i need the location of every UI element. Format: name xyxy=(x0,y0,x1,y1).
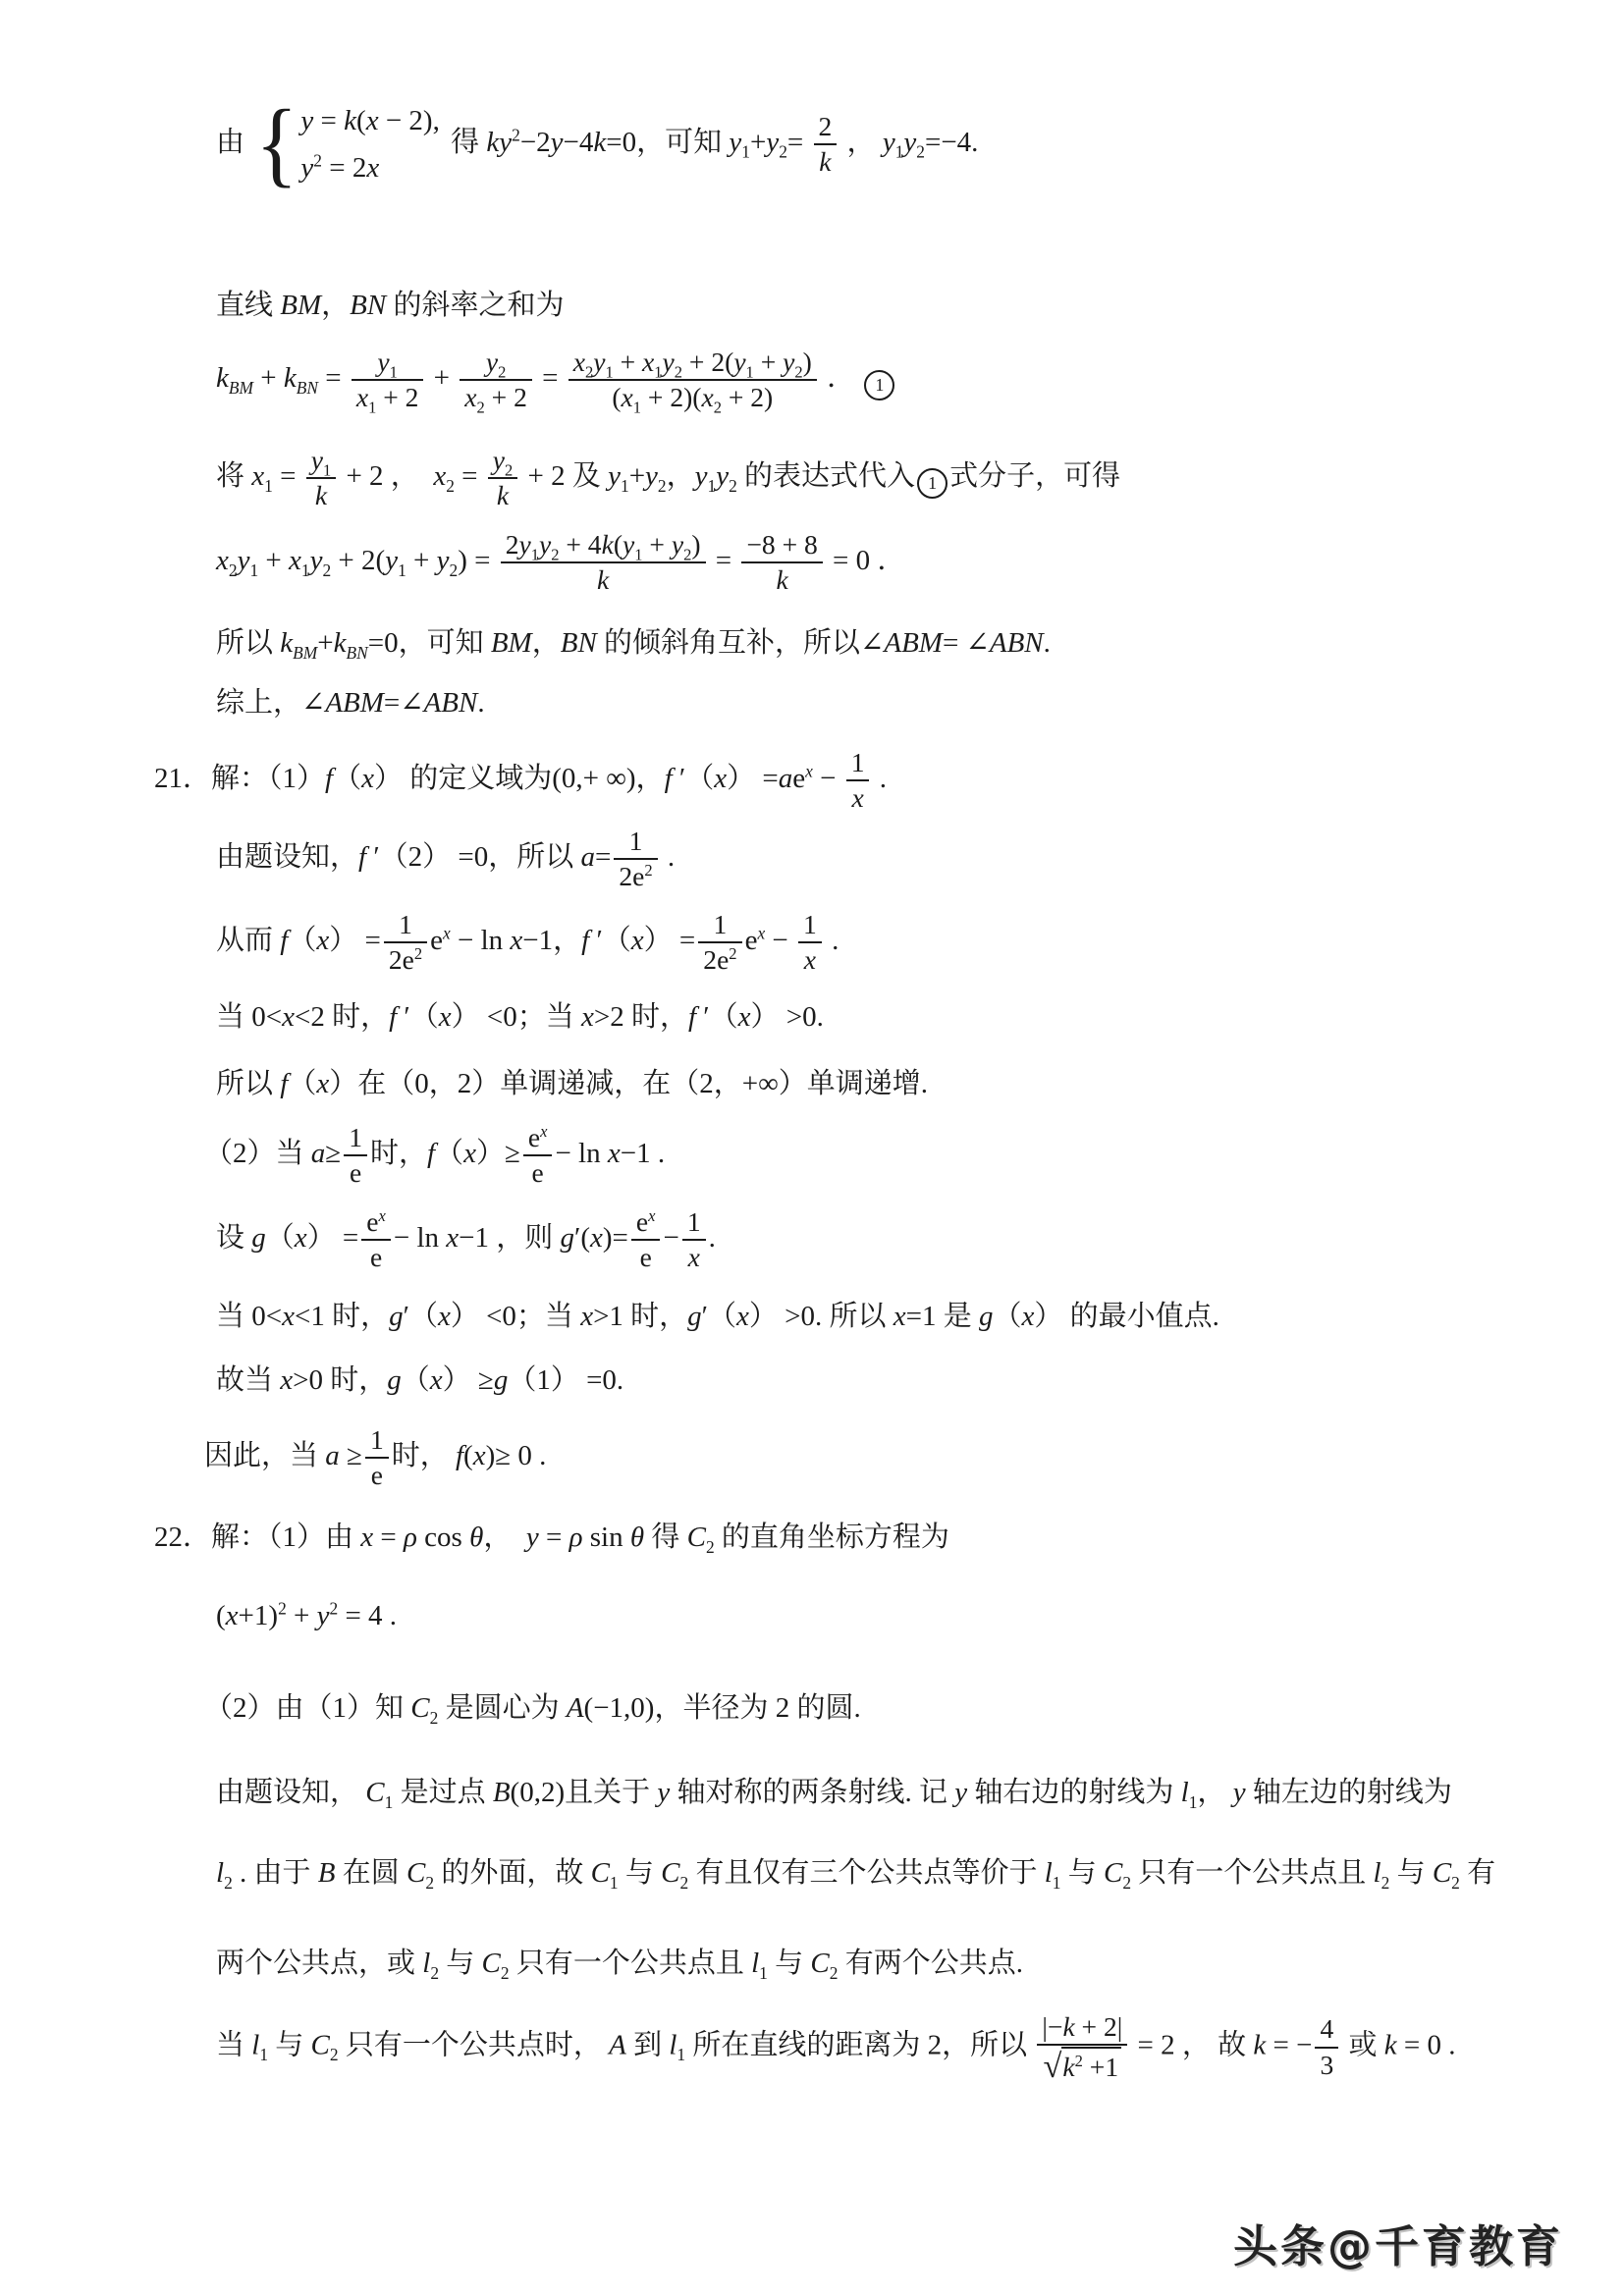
line-slopes-sum-zero: 所以 kBM+kBN=0，可知 BM，BN 的倾斜角互补，所以∠ABM= ∠AB… xyxy=(216,625,1051,661)
fraction: 2y1y2 + 4k(y1 + y2)k xyxy=(501,528,706,598)
line-q21-part2-inequality: （2）当 a≥1e时，f（x）≥exe− ln x−1 . xyxy=(204,1121,665,1191)
document-page: 由 {y = k(x − 2),y2 = 2x 得 ky2−2y−4k=0，可知… xyxy=(0,0,1624,2296)
line-q21-monotonic-conclusion: 所以 f（x）在（0，2）单调递减，在（2，+∞）单调递增. xyxy=(216,1066,928,1101)
line-q22-three-points-cond1: l2 . 由于 B 在圆 C2 的外面，故 C1 与 C2 有且仅有三个公共点等… xyxy=(216,1855,1495,1891)
equation-system: {y = k(x − 2),y2 = 2x xyxy=(255,103,440,187)
fraction: 12e2 xyxy=(698,908,741,978)
line-q21-g-min-point: 当 0<x<1 时，g′（x） <0；当 x>1 时，g′（x） >0. 所以 … xyxy=(216,1299,1219,1334)
fraction: x2y1 + x1y2 + 2(y1 + y2)(x1 + 2)(x2 + 2) xyxy=(568,346,817,415)
circled-number: 1 xyxy=(917,468,947,499)
fraction: exe xyxy=(631,1205,661,1275)
fraction: exe xyxy=(523,1121,553,1191)
line-q21-g-nonneg: 故当 x>0 时，g（x） ≥g（1） =0. xyxy=(216,1362,623,1398)
line-q21-final: 因此，当 a ≥1e时， f(x)≥ 0 . xyxy=(204,1423,546,1493)
line-q21-part1-domain: 21．解：（1）f（x） 的定义域为(0,+ ∞)，f ′（x） =aex − … xyxy=(154,746,887,816)
line-q22-tangent-case: 当 l1 与 C2 只有一个公共点时， A 到 l1 所在直线的距离为 2，所以… xyxy=(216,2010,1456,2084)
line-q22-part1-intro: 22．解：（1）由 x = ρ cos θ， y = ρ sin θ 得 C2 … xyxy=(154,1520,949,1555)
fraction: 43 xyxy=(1315,2012,1338,2082)
left-brace: { xyxy=(255,104,298,186)
fraction: 1x xyxy=(798,908,822,978)
square-root: √k2 +1 xyxy=(1044,2047,1122,2084)
fraction: |−k + 2|√k2 +1 xyxy=(1037,2010,1127,2084)
fraction: 2k xyxy=(814,110,838,180)
line-slope-sum-formula: kBM + kBN = y1x1 + 2 + y2x2 + 2 = x2y1 +… xyxy=(216,346,896,415)
line-q22-rays-setup: 由题设知， C1 是过点 B(0,2)且关于 y 轴对称的两条射线. 记 y 轴… xyxy=(216,1775,1452,1810)
line-substitute-x1-x2: 将 x1 = y1k + 2 ， x2 = y2k + 2 及 y1+y2，y1… xyxy=(216,444,1120,513)
radical-icon: √ xyxy=(1044,2049,1062,2084)
fraction: 12e2 xyxy=(614,825,657,894)
fraction: 12e2 xyxy=(384,908,427,978)
fraction: exe xyxy=(361,1205,391,1275)
circled-number: 1 xyxy=(864,370,894,400)
line-numerator-zero: x2y1 + x1y2 + 2(y1 + y2) = 2y1y2 + 4k(y1… xyxy=(216,528,905,598)
fraction: −8 + 8k xyxy=(741,528,822,598)
fraction: y1x1 + 2 xyxy=(352,346,424,415)
line-q22-three-points-cond2: 两个公共点，或 l2 与 C2 只有一个公共点且 l1 与 C2 有两个公共点. xyxy=(216,1946,1023,1981)
fraction: y2k xyxy=(488,444,518,513)
fraction: 1e xyxy=(344,1121,367,1191)
fraction: 1x xyxy=(846,746,870,816)
line-slope-sum-intro: 直线 BM，BN 的斜率之和为 xyxy=(216,288,564,323)
fraction: y2x2 + 2 xyxy=(460,346,532,415)
fraction: 1x xyxy=(682,1205,706,1275)
line-conclusion-angles: 综上，∠ABM=∠ABN. xyxy=(216,685,485,721)
line-q22-circle-equation: (x+1)2 + y2 = 4 . xyxy=(216,1598,397,1633)
line-q21-g-definition: 设 g（x） =exe− ln x−1 ，则 g′(x)=exe−1x. xyxy=(216,1205,716,1275)
fraction: 1e xyxy=(365,1423,389,1493)
fraction: y1k xyxy=(306,444,337,513)
line-q21-f-expression: 从而 f（x） =12e2ex − ln x−1，f ′（x） =12e2ex … xyxy=(216,908,839,978)
line-q21-a-value: 由题设知，f ′（2） =0，所以 a=12e2 . xyxy=(216,825,675,894)
line-q21-monotonic-sign: 当 0<x<2 时，f ′（x） <0；当 x>2 时，f ′（x） >0. xyxy=(216,999,824,1035)
line-sub-into-parabola: 由 {y = k(x − 2),y2 = 2x 得 ky2−2y−4k=0，可知… xyxy=(216,103,978,187)
line-q22-part2-circle: （2）由（1）知 C2 是圆心为 A(−1,0)，半径为 2 的圆. xyxy=(204,1690,861,1726)
watermark: 头条@千育教育 xyxy=(1233,2211,1563,2274)
